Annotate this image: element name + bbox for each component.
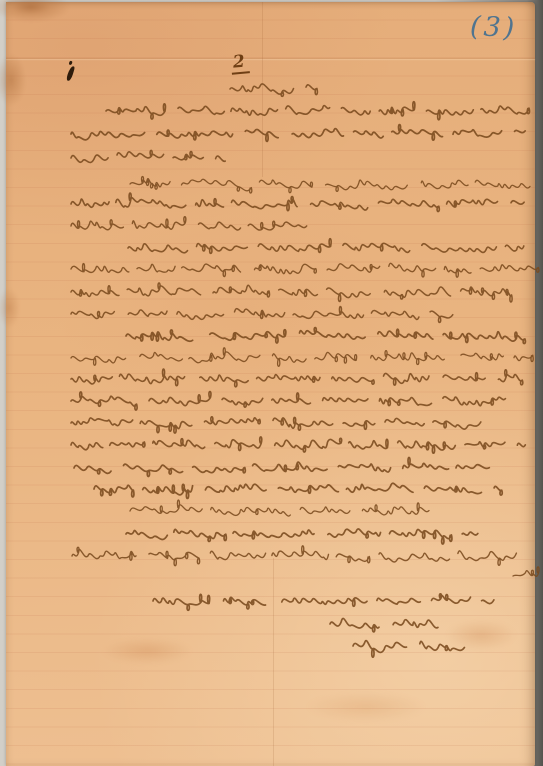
handwriting-layer: தெய்வமயம்தமிழ்த்தந்தை அவர்கள் பொற்பாத மல…: [6, 2, 535, 766]
line-transcription: ஸ்ரீநிவாஸன்: [351, 660, 352, 661]
line-transcription: ப்பவன் இல்லையென்று நினைக்கிறேன்: [69, 240, 70, 241]
scanned-letter-photo: (3) 2 தெய்வமயம்தமிழ்த்தந்தை அவர்கள் பொற்…: [0, 0, 543, 766]
line-transcription: து?: [511, 590, 512, 591]
line-transcription: து விண்ணப்பம்: [69, 172, 70, 173]
closing-line: தங்களுடைய திருவுளத்தை அறிய விரும்பும்: [151, 585, 486, 615]
line-transcription: அடியேன்: [328, 638, 329, 639]
signature-name: ஸ்ரீநிவாஸன்: [351, 630, 466, 660]
line-transcription: பது அவ்வாக்கியத்துடன் பொருந்தவில்லையதா?: [72, 482, 73, 483]
line-transcription: எனும் அகவல் அடியும் யாரால் இயற்றப்பட்டது…: [70, 570, 71, 571]
line-transcription: று சொல்லப்பட்ட பெயருடைய வேந்தன் எவன்.: [69, 328, 70, 329]
handwritten-line: எனும் அகவல் அடியும் யாரால் இயற்றப்பட்டது…: [70, 540, 513, 570]
line-transcription: தங்களுடைய திருவுளத்தை அறிய விரும்பும்: [151, 615, 152, 616]
line-transcription: மு.நா. அதை «மாந்தர் உஞ்சேரல்» என்று திரு…: [69, 459, 70, 460]
line-transcription: 'திருமாலியஞ் சுக்கவேளூர் ஒன்றுணர்: [92, 503, 93, 504]
letter-paper: (3) 2 தெய்வமயம்தமிழ்த்தந்தை அவர்கள் பொற்…: [6, 2, 535, 766]
carryover-mark: து?: [511, 560, 537, 590]
